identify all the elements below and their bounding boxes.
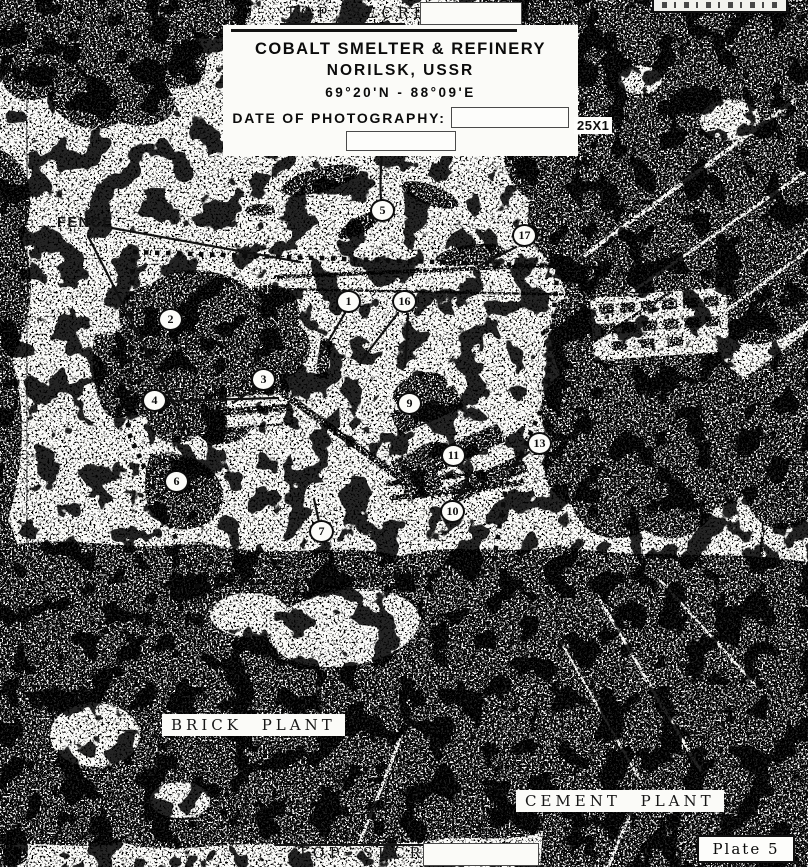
annotation-circle-1: 1 xyxy=(336,290,361,313)
date-of-photography-label: DATE OF PHOTOGRAPHY: xyxy=(232,110,445,126)
annotation-circle-16: 16 xyxy=(392,290,417,313)
annotation-circle-6: 6 xyxy=(164,470,189,493)
illegible-text-smudge xyxy=(662,2,778,8)
date-redaction-box xyxy=(451,107,569,128)
plate-number: Plate 5 xyxy=(697,835,795,863)
annotation-circle-17: 17 xyxy=(512,224,537,247)
annotation-circle-10: 10 xyxy=(440,500,465,523)
redaction-code-25x1: 25X1 xyxy=(574,117,612,134)
annotation-circle-4: 4 xyxy=(142,389,167,412)
facility-coordinates: 69°20'N - 88°09'E xyxy=(223,85,578,100)
fence-label: FENCE xyxy=(57,215,114,231)
title-block: COBALT SMELTER & REFINERY NORILSK, USSR … xyxy=(223,25,578,156)
annotation-circle-7: 7 xyxy=(309,520,334,543)
photo-plate: TOP SECRET COBALT SMELTER & REFINERY NOR… xyxy=(0,0,808,867)
facility-name: COBALT SMELTER & REFINERY xyxy=(223,40,578,59)
secondary-redaction-box xyxy=(346,131,456,151)
facility-location: NORILSK, USSR xyxy=(223,62,578,80)
bottom-redaction-box xyxy=(423,843,539,866)
annotation-circle-5: 5 xyxy=(370,199,395,222)
annotation-circle-11: 11 xyxy=(441,444,466,467)
reference-box-partial xyxy=(652,0,788,13)
annotation-circle-3: 3 xyxy=(251,368,276,391)
title-block-rule xyxy=(231,29,517,32)
cement-plant-label: CEMENT PLANT xyxy=(516,790,724,812)
brick-plant-label: BRICK PLANT xyxy=(162,714,345,736)
annotation-circle-13: 13 xyxy=(527,432,552,455)
top-redaction-box xyxy=(420,2,522,25)
annotation-circle-9: 9 xyxy=(397,392,422,415)
annotation-circle-2: 2 xyxy=(158,308,183,331)
